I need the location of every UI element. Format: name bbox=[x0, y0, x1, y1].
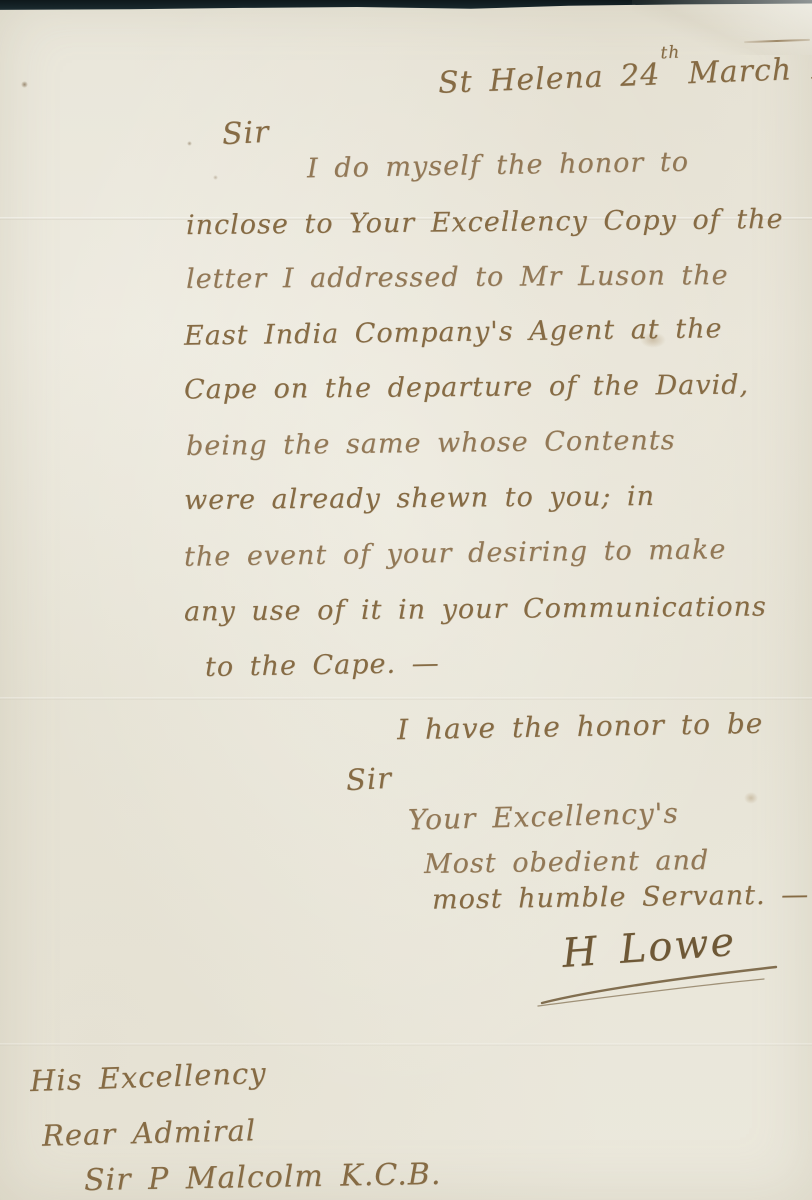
letter-line: Cape on the departure of the David, bbox=[184, 370, 749, 406]
closing-line: I have the honor to be bbox=[397, 707, 764, 746]
letter-line: any use of it in your Communications bbox=[184, 591, 767, 627]
letter-line: to the Cape. — bbox=[205, 648, 440, 683]
foxing-spot bbox=[21, 81, 28, 88]
salutation: Sir bbox=[221, 115, 270, 152]
letter-line: inclose to Your Excellency Copy of the bbox=[186, 204, 784, 241]
paper-crease bbox=[0, 1043, 812, 1046]
letter-line: being the same whose Contents bbox=[186, 425, 676, 462]
dateline-month-year: March 17 bbox=[687, 50, 812, 91]
letter-line: letter I addressed to Mr Luson the bbox=[186, 260, 729, 295]
foxing-spot bbox=[187, 141, 192, 146]
dateline-day-suffix: th bbox=[660, 43, 681, 64]
closing-line: Your Excellency's bbox=[408, 796, 680, 836]
signature-flourish bbox=[528, 955, 788, 1010]
closing-line: most humble Servant. — bbox=[432, 879, 810, 915]
address-line: Rear Admiral bbox=[42, 1113, 257, 1153]
closing-line: Most obedient and bbox=[424, 845, 710, 880]
letter-line: were already shewn to you; in bbox=[184, 481, 655, 516]
paper-crease bbox=[0, 697, 812, 700]
closing-line: Sir bbox=[345, 761, 393, 797]
address-line: Sir P Malcolm K.C.B. bbox=[84, 1157, 442, 1198]
letter-scan: St Helena 24thMarch 17 Sir I do myself t… bbox=[0, 0, 812, 1200]
foxing-spot bbox=[213, 175, 218, 180]
ink-smudge bbox=[744, 792, 758, 804]
